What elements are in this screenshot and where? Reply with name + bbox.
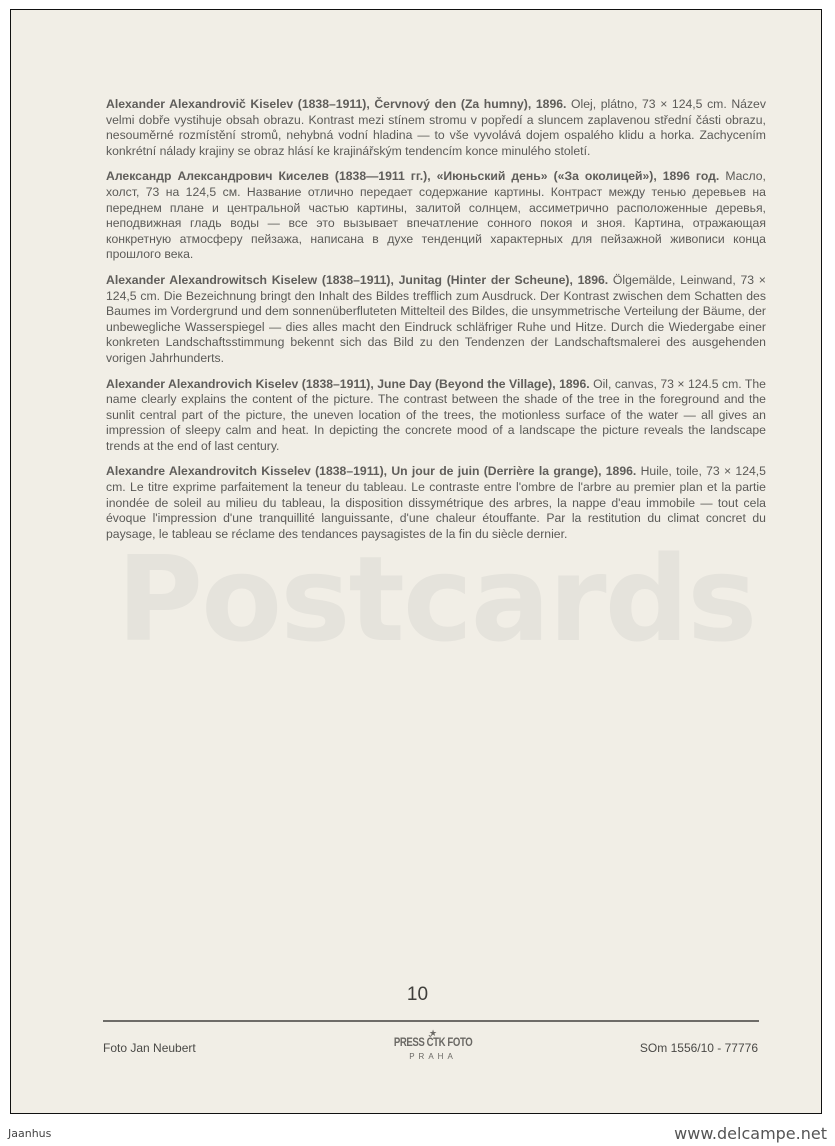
page-number: 10 (0, 984, 835, 1006)
description-czech: Alexander Alexandrovič Kiselev (1838–191… (106, 97, 766, 159)
footer-divider (103, 1020, 759, 1022)
description-text-block: Alexander Alexandrovič Kiselev (1838–191… (106, 97, 776, 552)
heading: Alexander Alexandrovič Kiselev (1838–191… (106, 97, 566, 111)
site-url[interactable]: www.delcampe.net (674, 1124, 827, 1143)
publisher-logo-name: PRESS ČTK FOTO (394, 1035, 473, 1049)
description-russian: Александр Александрович Киселев (1838—19… (106, 169, 766, 263)
heading: Александр Александрович Киселев (1838—19… (106, 169, 719, 183)
publisher-logo-city: PRAHA (383, 1052, 483, 1061)
description-german: Alexander Alexandrowitsch Kiselew (1838–… (106, 273, 766, 367)
photo-credit: Foto Jan Neubert (103, 1041, 196, 1055)
catalog-number: SOm 1556/10 - 77776 (640, 1041, 758, 1055)
description-french: Alexandre Alexandrovitch Kisselev (1838–… (106, 464, 766, 542)
description-english: Alexander Alexandrovich Kiselev (1838–19… (106, 377, 766, 455)
seller-name: Jaanhus (8, 1127, 51, 1140)
heading: Alexander Alexandrovich Kiselev (1838–19… (106, 377, 590, 391)
postcard-back: Postcards Alexander Alexandrovič Kiselev… (10, 9, 822, 1114)
heading: Alexandre Alexandrovitch Kisselev (1838–… (106, 464, 636, 478)
publisher-logo: ★ PRESS ČTK FOTO PRAHA (383, 1033, 483, 1061)
heading: Alexander Alexandrowitsch Kiselew (1838–… (106, 273, 608, 287)
